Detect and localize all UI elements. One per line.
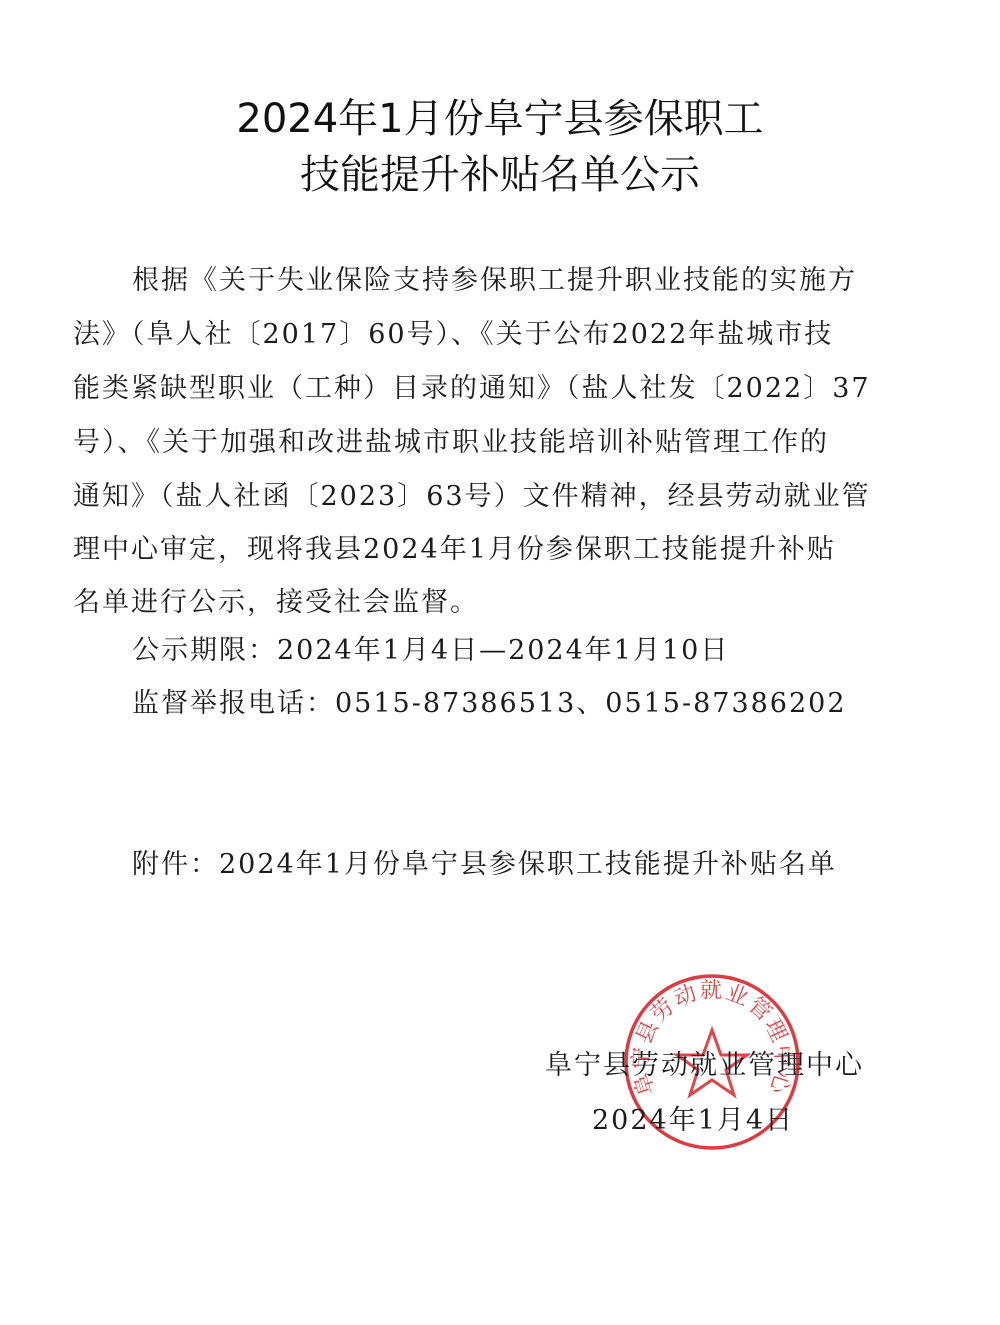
attachment-line: 附件：2024年1月份阜宁县参保职工技能提升补贴名单 [132,842,837,881]
body-line-1: 根据《关于失业保险支持参保职工提升职业技能的实施方 [132,258,857,297]
publicity-period: 公示期限：2024年1月4日—2024年1月10日 [132,628,729,667]
body-line-7: 名单进行公示，接受社会监督。 [73,580,479,619]
title-line-1: 2024年1月份阜宁县参保职工 [0,87,1000,144]
body-line-3: 能类紧缺型职业（工种）目录的通知》（盐人社发〔2022〕37 [73,366,871,405]
report-phone: 监督举报电话：0515-87386513、0515-87386202 [132,681,847,720]
body-line-6: 理中心审定，现将我县2024年1月份参保职工技能提升补贴 [73,527,836,566]
signature-org: 阜宁县劳动就业管理中心 [545,1043,864,1082]
body-line-5: 通知》（盐人社函〔2023〕63号）文件精神，经县劳动就业管 [73,474,871,513]
body-line-2: 法》（阜人社〔2017〕60号）、《关于公布2022年盐城市技 [73,312,833,351]
body-line-4: 号）、《关于加强和改进盐城市职业技能培训补贴管理工作的 [73,420,829,459]
notice-document: 2024年1月份阜宁县参保职工 技能提升补贴名单公示 根据《关于失业保险支持参保… [0,0,1000,1325]
signature-date: 2024年1月4日 [592,1098,794,1137]
title-line-2: 技能提升补贴名单公示 [0,143,1000,200]
